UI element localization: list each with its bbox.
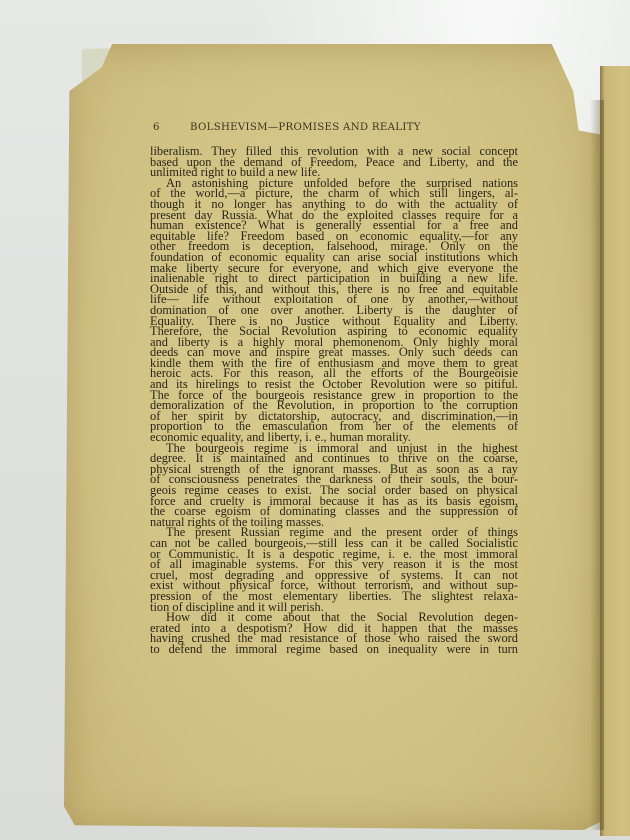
- body-text: liberalism. They filled this revolution …: [150, 146, 518, 655]
- facing-page-edge: [600, 66, 630, 836]
- running-head: 6 BOLSHEVISM—PROMISES AND REALITY: [150, 122, 520, 136]
- page-number: 6: [153, 122, 160, 133]
- running-title: BOLSHEVISM—PROMISES AND REALITY: [190, 122, 421, 133]
- spine-shadow: [590, 100, 604, 830]
- text-line: to defend the immoral regime based on in…: [150, 644, 518, 655]
